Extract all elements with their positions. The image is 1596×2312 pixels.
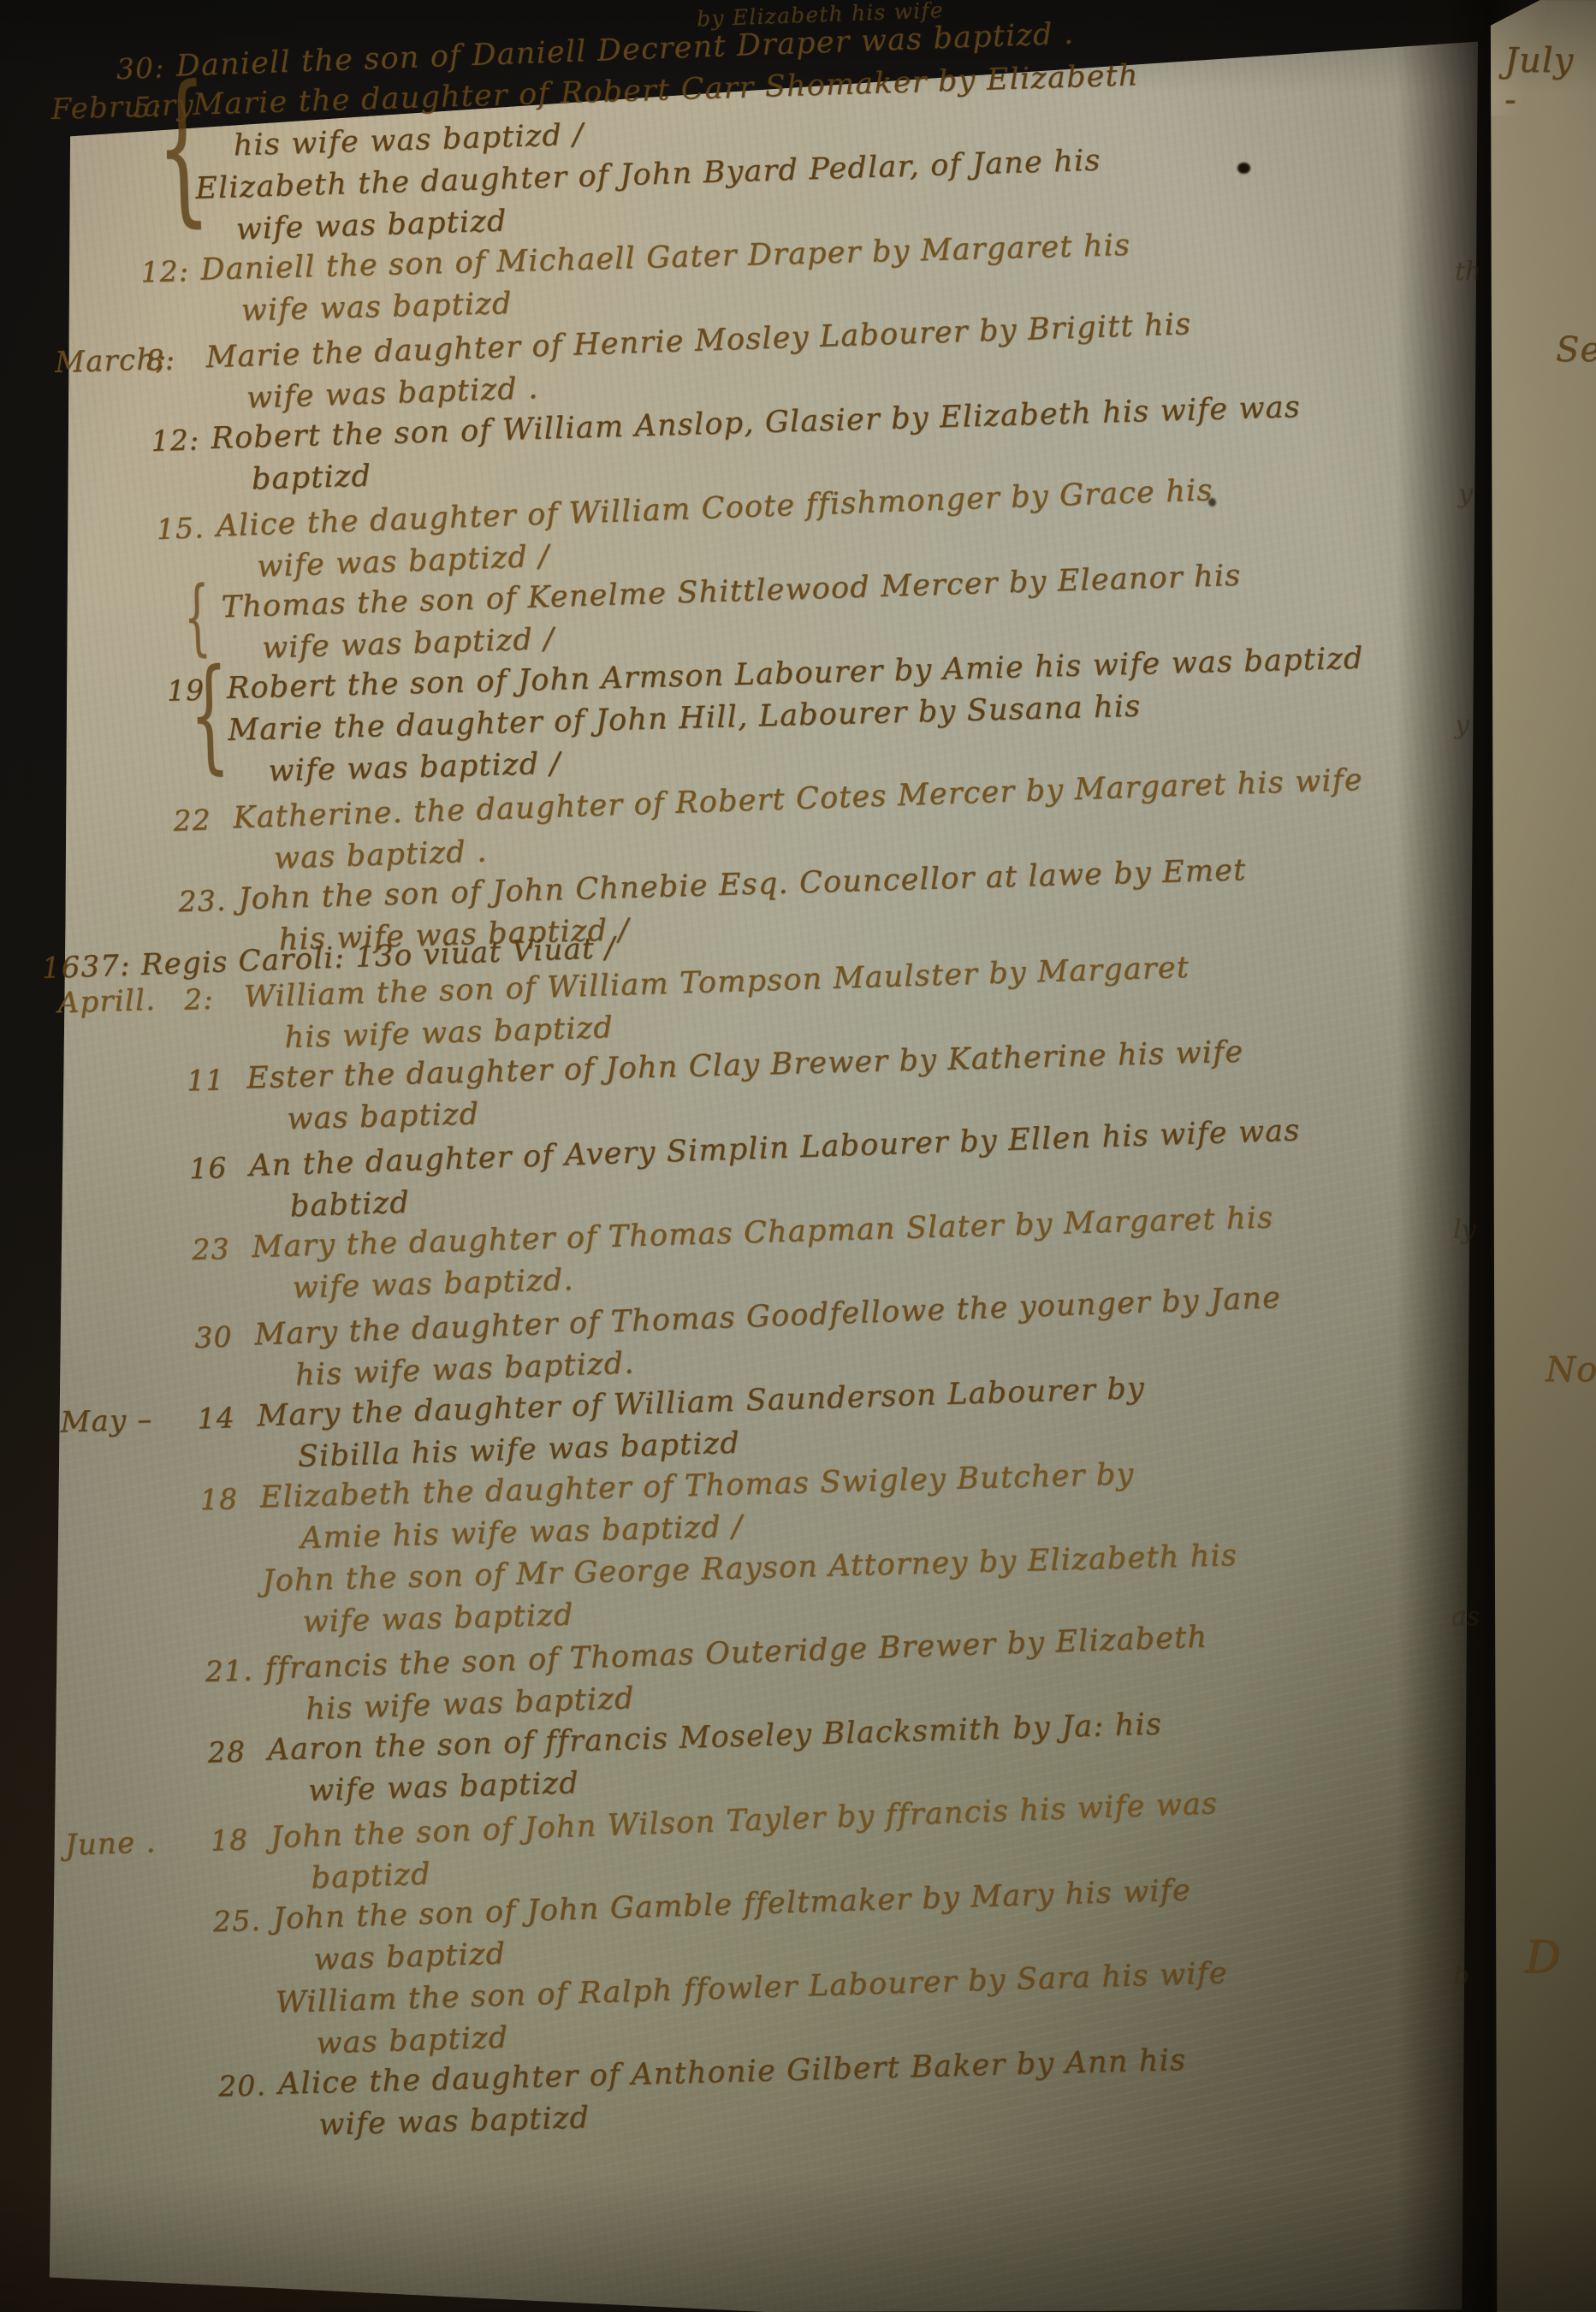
month-label: March; bbox=[54, 340, 133, 384]
day-number: 11 bbox=[186, 1058, 246, 1101]
day-number: 18 bbox=[199, 1477, 260, 1521]
manuscript-photo: 30: Daniell the son of Daniell Decrent D… bbox=[0, 0, 1596, 2312]
day-number: 2: bbox=[183, 976, 245, 1020]
day-number: 28 bbox=[207, 1730, 268, 1774]
ink-speck bbox=[1237, 163, 1250, 174]
month-label: May – bbox=[60, 1400, 138, 1444]
month-label: June . bbox=[64, 1822, 143, 1866]
facing-month-label: D bbox=[1525, 1932, 1562, 1983]
month-label bbox=[56, 590, 133, 592]
month-label: February bbox=[50, 86, 128, 131]
facing-month-label: Sep bbox=[1556, 330, 1596, 370]
month-label: Aprill. bbox=[57, 980, 135, 1024]
ink-speck bbox=[1208, 498, 1216, 507]
day-number: 23. bbox=[178, 879, 239, 922]
brace-mark: { bbox=[154, 80, 211, 213]
day-number: 23 bbox=[192, 1227, 252, 1271]
day-number: 22 bbox=[173, 797, 234, 841]
day-number: 18 bbox=[210, 1817, 271, 1862]
day-number: 16 bbox=[188, 1146, 250, 1189]
day-number: 14 bbox=[197, 1396, 258, 1439]
day-number: 20. bbox=[217, 2064, 278, 2107]
brace-mark: { bbox=[188, 665, 230, 764]
day-number: 15. bbox=[156, 506, 217, 550]
day-number: 21. bbox=[205, 1649, 266, 1693]
register-entries: 30: Daniell the son of Daniell Decrent D… bbox=[51, 3, 1504, 2155]
day-number: 12: bbox=[151, 418, 211, 462]
month-label bbox=[55, 509, 132, 512]
day-number: 30 bbox=[193, 1314, 255, 1359]
facing-month-label: No bbox=[1546, 1350, 1596, 1390]
facing-month-label: July - bbox=[1504, 41, 1596, 120]
day-number: 8: bbox=[145, 337, 207, 381]
brace-mark: { bbox=[183, 584, 212, 651]
day-number: 25. bbox=[212, 1899, 274, 1942]
day-number: 12: bbox=[140, 250, 201, 293]
